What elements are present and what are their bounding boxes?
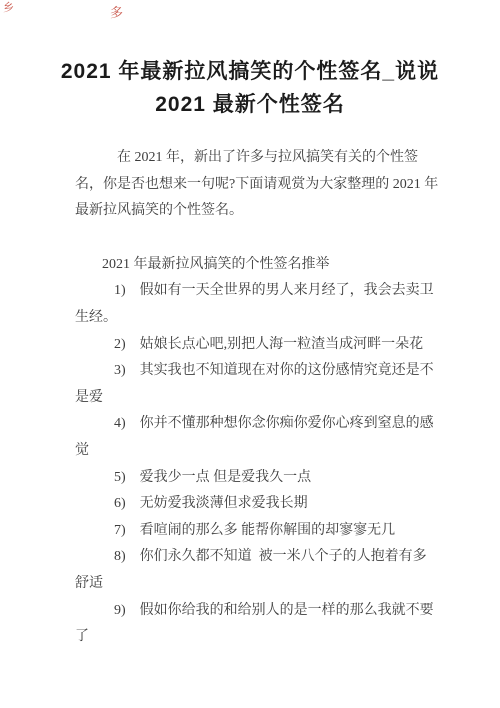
document-page: 乡 多 2021 年最新拉风搞笑的个性签名_说说 2021 最新个性签名 在 2… xyxy=(0,0,500,708)
section-heading: 2021 年最新拉风搞笑的个性签名推举 xyxy=(75,252,440,279)
signature-list: 1)假如有一天全世界的男人来月经了，我会去卖卫生经。 2)姑娘长点心吧,别把人海… xyxy=(75,278,440,650)
list-item: 3)其实我也不知道现在对你的这份感情究竟还是不是爱 xyxy=(75,358,440,411)
item-number: 2) xyxy=(114,337,126,352)
list-item: 6)无妨爱我淡薄但求爱我长期 xyxy=(75,491,440,518)
list-item: 9)假如你给我的和给别人的是一样的那么我就不要了 xyxy=(75,598,440,651)
item-number: 1) xyxy=(114,283,126,298)
item-text: 爱我少一点 但是爱我久一点 xyxy=(140,470,312,485)
item-number: 7) xyxy=(114,523,126,538)
document-body: 在 2021 年，新出了许多与拉风搞笑有关的个性签名，你是否也想来一句呢?下面请… xyxy=(0,145,500,651)
item-number: 8) xyxy=(114,549,126,564)
item-text: 无妨爱我淡薄但求爱我长期 xyxy=(140,496,308,511)
item-text: 假如你给我的和给别人的是一样的那么我就不要了 xyxy=(75,603,434,645)
item-number: 9) xyxy=(114,603,126,618)
item-text: 你并不懂那种想你念你痴你爱你心疼到窒息的感觉 xyxy=(75,416,434,458)
item-text: 姑娘长点心吧,别把人海一粒渣当成河畔一朵花 xyxy=(140,337,424,352)
item-number: 3) xyxy=(114,363,126,378)
item-text: 你们永久都不知道 被一米八个子的人抱着有多舒适 xyxy=(75,549,427,591)
item-number: 5) xyxy=(114,470,126,485)
item-number: 4) xyxy=(114,416,126,431)
intro-paragraph: 在 2021 年，新出了许多与拉风搞笑有关的个性签名，你是否也想来一句呢?下面请… xyxy=(75,145,440,225)
page-title-line-1: 2021 年最新拉风搞笑的个性签名_说说 xyxy=(44,55,456,88)
item-text: 假如有一天全世界的男人来月经了，我会去卖卫生经。 xyxy=(75,283,434,325)
item-number: 6) xyxy=(114,496,126,511)
item-text: 看喧闹的那么多 能帮你解围的却寥寥无几 xyxy=(140,523,396,538)
red-artifact-mark: 乡 xyxy=(3,3,14,14)
page-title-line-2: 2021 最新个性签名 xyxy=(44,88,456,121)
page-title: 2021 年最新拉风搞笑的个性签名_说说 2021 最新个性签名 xyxy=(44,55,456,121)
list-item: 8)你们永久都不知道 被一米八个子的人抱着有多舒适 xyxy=(75,544,440,597)
item-text: 其实我也不知道现在对你的这份感情究竟还是不是爱 xyxy=(75,363,434,405)
list-item: 7)看喧闹的那么多 能帮你解围的却寥寥无几 xyxy=(75,518,440,545)
list-item: 2)姑娘长点心吧,别把人海一粒渣当成河畔一朵花 xyxy=(75,332,440,359)
red-artifact-mark: 多 xyxy=(110,6,123,19)
list-item: 5)爱我少一点 但是爱我久一点 xyxy=(75,465,440,492)
list-item: 1)假如有一天全世界的男人来月经了，我会去卖卫生经。 xyxy=(75,278,440,331)
list-item: 4)你并不懂那种想你念你痴你爱你心疼到窒息的感觉 xyxy=(75,411,440,464)
